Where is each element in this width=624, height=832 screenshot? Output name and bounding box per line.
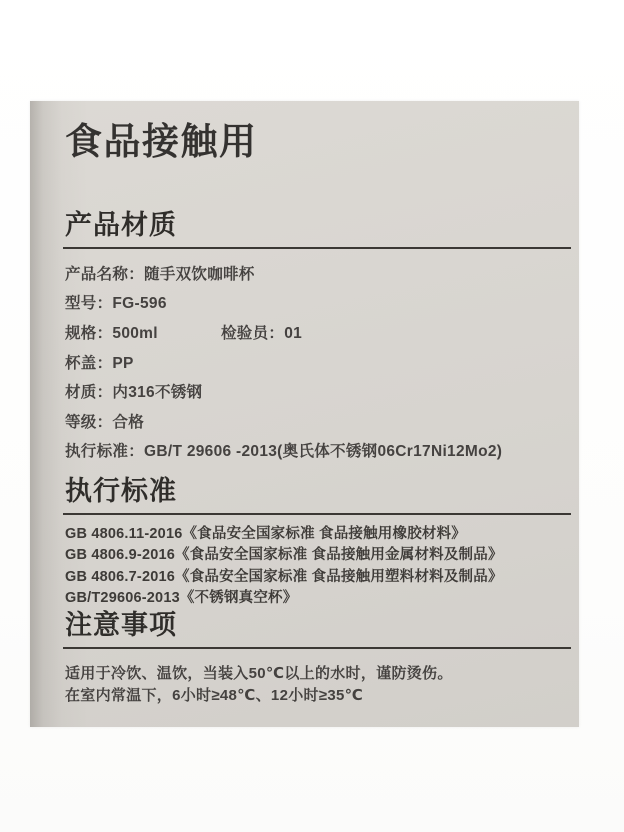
spec-rows: 产品名称：随手双饮咖啡杯 型号：FG-596 规格：500ml 检验员：01 杯… — [63, 258, 571, 465]
spec-row-text: 产品名称：随手双饮咖啡杯 — [65, 262, 255, 284]
section-heading-standards: 执行标准 — [63, 476, 571, 515]
standard-item: GB 4806.7-2016《食品安全国家标准 食品接触用塑料材料及制品》 — [63, 567, 571, 588]
spec-row-standard: 执行标准：GB/T 29606 -2013(奥氏体不锈钢06Cr17Ni12Mo… — [63, 436, 571, 466]
spec-row-material: 材质：内316不锈钢 — [63, 376, 571, 406]
product-label-card: 食品接触用 产品材质 产品名称：随手双饮咖啡杯 型号：FG-596 规格：500… — [30, 101, 579, 727]
spec-row-capacity: 规格：500ml 检验员：01 — [63, 317, 571, 347]
spec-row-model: 型号：FG-596 — [63, 288, 571, 318]
spec-row-text: 材质：内316不锈钢 — [65, 380, 202, 402]
note-item: 在室内常温下，6小时≥48℃、12小时≥35℃ — [63, 685, 571, 707]
page-background: 食品接触用 产品材质 产品名称：随手双饮咖啡杯 型号：FG-596 规格：500… — [0, 0, 624, 832]
label-content: 食品接触用 产品材质 产品名称：随手双饮咖啡杯 型号：FG-596 规格：500… — [63, 101, 571, 706]
spec-row-grade: 等级：合格 — [63, 406, 571, 436]
spec-row-text: 等级：合格 — [65, 410, 144, 432]
spec-row-lid: 杯盖：PP — [63, 347, 571, 377]
spec-row-text: 规格：500ml — [65, 321, 221, 343]
spec-row-inspector-text: 检验员：01 — [221, 321, 302, 343]
notes-section: 注意事项 适用于冷饮、温饮，当装入50℃以上的水时，谨防烫伤。 在室内常温下，6… — [63, 610, 571, 706]
label-title: 食品接触用 — [65, 122, 571, 162]
note-item: 适用于冷饮、温饮，当装入50℃以上的水时，谨防烫伤。 — [63, 663, 571, 685]
standards-section: 执行标准 GB 4806.11-2016《食品安全国家标准 食品接触用橡胶材料》… — [63, 476, 571, 609]
notes-list: 适用于冷饮、温饮，当装入50℃以上的水时，谨防烫伤。 在室内常温下，6小时≥48… — [63, 663, 571, 706]
standard-item: GB 4806.9-2016《食品安全国家标准 食品接触用金属材料及制品》 — [63, 545, 571, 566]
spec-row-text: 执行标准：GB/T 29606 -2013(奥氏体不锈钢06Cr17Ni12Mo… — [65, 439, 502, 461]
standard-item: GB 4806.11-2016《食品安全国家标准 食品接触用橡胶材料》 — [63, 524, 571, 545]
section-heading-notes: 注意事项 — [63, 610, 571, 649]
product-material-section: 产品材质 产品名称：随手双饮咖啡杯 型号：FG-596 规格：500ml 检验员… — [63, 210, 571, 465]
section-heading-product-material: 产品材质 — [63, 210, 571, 249]
standards-list: GB 4806.11-2016《食品安全国家标准 食品接触用橡胶材料》 GB 4… — [63, 524, 571, 609]
standard-item: GB/T29606-2013《不锈钢真空杯》 — [63, 588, 571, 609]
spec-row-text: 杯盖：PP — [65, 351, 134, 373]
spec-row-text: 型号：FG-596 — [65, 291, 167, 313]
spec-row-product-name: 产品名称：随手双饮咖啡杯 — [63, 258, 571, 288]
